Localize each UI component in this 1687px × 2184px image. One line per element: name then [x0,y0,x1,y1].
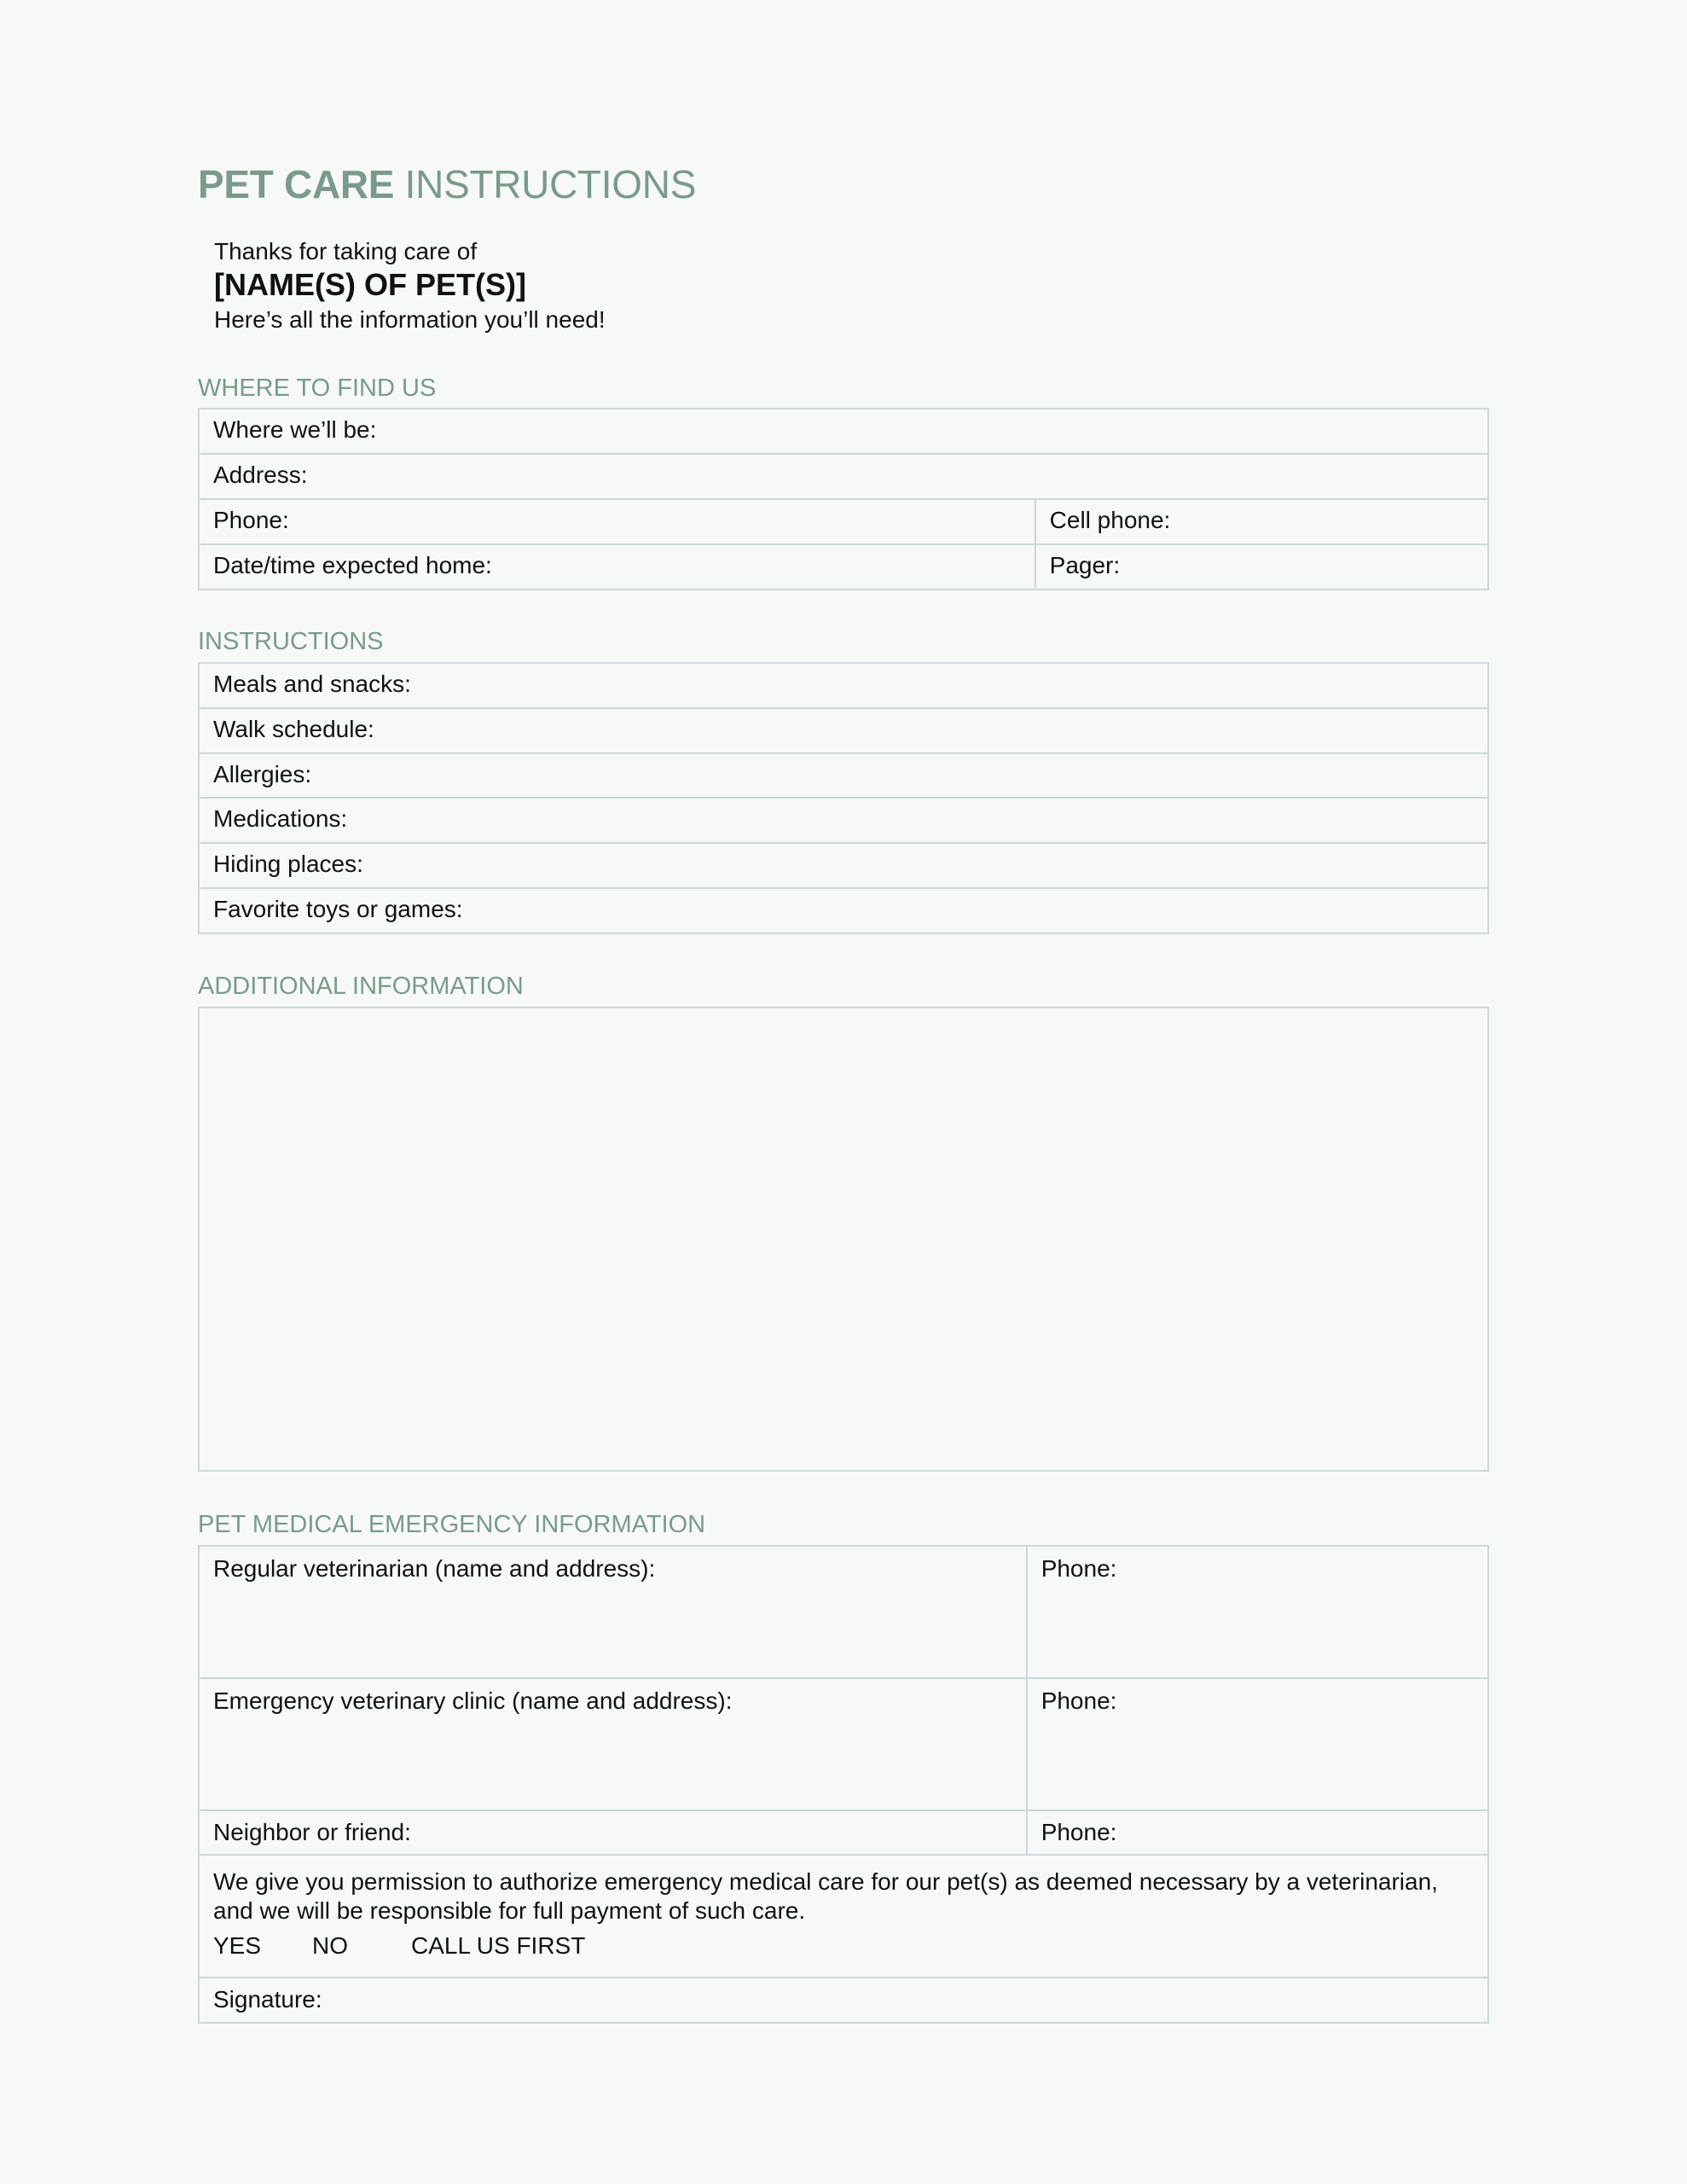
datetime-field[interactable]: Date/time expected home: [199,544,1035,590]
table-row: Signature: [199,1978,1488,2023]
cell-phone-field[interactable]: Cell phone: [1035,499,1488,544]
walk-schedule-field[interactable]: Walk schedule: [199,708,1488,753]
meals-label: Meals and snacks: [213,671,411,697]
table-row: Emergency veterinary clinic (name and ad… [199,1678,1488,1810]
pager-field[interactable]: Pager: [1035,544,1488,590]
emergency-clinic-phone-label: Phone: [1041,1687,1117,1714]
table-row: Hiding places: [199,843,1488,888]
table-row: Phone: Cell phone: [199,499,1488,544]
regular-vet-phone-field[interactable]: Phone: [1027,1546,1488,1678]
hiding-places-label: Hiding places: [213,851,363,877]
datetime-label: Date/time expected home: [213,552,492,578]
page-title: PET CARE INSTRUCTIONS [198,160,696,208]
table-row: Address: [199,454,1488,499]
pet-care-form: PET CARE INSTRUCTIONS Thanks for taking … [0,0,1687,2184]
table-row: Walk schedule: [199,708,1488,753]
table-row: Allergies: [199,753,1488,799]
section-heading-instructions: INSTRUCTIONS [198,627,384,656]
signature-field[interactable]: Signature: [199,1978,1488,2023]
intro-block: Thanks for taking care of [NAME(S) OF PE… [214,235,606,338]
info-text: Here’s all the information you’ll need! [214,302,606,338]
choice-no[interactable]: NO [312,1931,411,1961]
regular-vet-label: Regular veterinarian (name and address): [213,1555,655,1582]
emergency-clinic-label: Emergency veterinary clinic (name and ad… [213,1687,732,1714]
address-field[interactable]: Address: [199,454,1488,499]
favorite-toys-field[interactable]: Favorite toys or games: [199,888,1488,933]
choice-yes[interactable]: YES [213,1931,312,1961]
neighbor-phone-label: Phone: [1041,1819,1117,1845]
where-table: Where we’ll be: Address: Phone: Cell pho… [198,408,1489,590]
title-bold: PET CARE [198,162,394,206]
pager-label: Pager: [1050,552,1121,578]
phone-label: Phone: [213,507,289,533]
section-heading-medical: PET MEDICAL EMERGENCY INFORMATION [198,1510,705,1539]
permission-text: We give you permission to authorize emer… [213,1867,1474,1926]
address-label: Address: [213,462,308,488]
permission-choices: YES NO CALL US FIRST [213,1931,1474,1961]
neighbor-label: Neighbor or friend: [213,1819,411,1845]
where-label: Where we’ll be: [213,416,376,443]
table-row: Where we’ll be: [199,409,1488,454]
table-row: We give you permission to authorize emer… [199,1855,1488,1978]
phone-field[interactable]: Phone: [199,499,1035,544]
pet-names-field[interactable]: [NAME(S) OF PET(S)] [214,268,606,302]
neighbor-field[interactable]: Neighbor or friend: [199,1810,1027,1855]
meals-field[interactable]: Meals and snacks: [199,663,1488,708]
favorite-toys-label: Favorite toys or games: [213,896,463,922]
allergies-label: Allergies: [213,761,311,787]
permission-cell: We give you permission to authorize emer… [199,1855,1488,1978]
thanks-text: Thanks for taking care of [214,235,606,268]
signature-label: Signature: [213,1986,322,2013]
title-light: INSTRUCTIONS [405,162,696,206]
additional-info-box[interactable] [198,1007,1489,1472]
regular-vet-phone-label: Phone: [1041,1555,1117,1582]
walk-schedule-label: Walk schedule: [213,716,374,742]
allergies-field[interactable]: Allergies: [199,753,1488,799]
table-row: Date/time expected home: Pager: [199,544,1488,590]
neighbor-phone-field[interactable]: Phone: [1027,1810,1488,1855]
table-row: Favorite toys or games: [199,888,1488,933]
section-heading-where: WHERE TO FIND US [198,374,436,403]
table-row: Meals and snacks: [199,663,1488,708]
table-row: Neighbor or friend: Phone: [199,1810,1488,1855]
medical-table: Regular veterinarian (name and address):… [198,1545,1489,2024]
where-field[interactable]: Where we’ll be: [199,409,1488,454]
choice-call-us-first[interactable]: CALL US FIRST [411,1931,585,1961]
cell-phone-label: Cell phone: [1050,507,1171,533]
hiding-places-field[interactable]: Hiding places: [199,843,1488,888]
regular-vet-field[interactable]: Regular veterinarian (name and address): [199,1546,1027,1678]
instructions-table: Meals and snacks: Walk schedule: Allergi… [198,662,1489,934]
medications-field[interactable]: Medications: [199,798,1488,843]
medications-label: Medications: [213,805,347,832]
emergency-clinic-phone-field[interactable]: Phone: [1027,1678,1488,1810]
emergency-clinic-field[interactable]: Emergency veterinary clinic (name and ad… [199,1678,1027,1810]
table-row: Regular veterinarian (name and address):… [199,1546,1488,1678]
section-heading-additional: ADDITIONAL INFORMATION [198,972,524,1001]
table-row: Medications: [199,798,1488,843]
